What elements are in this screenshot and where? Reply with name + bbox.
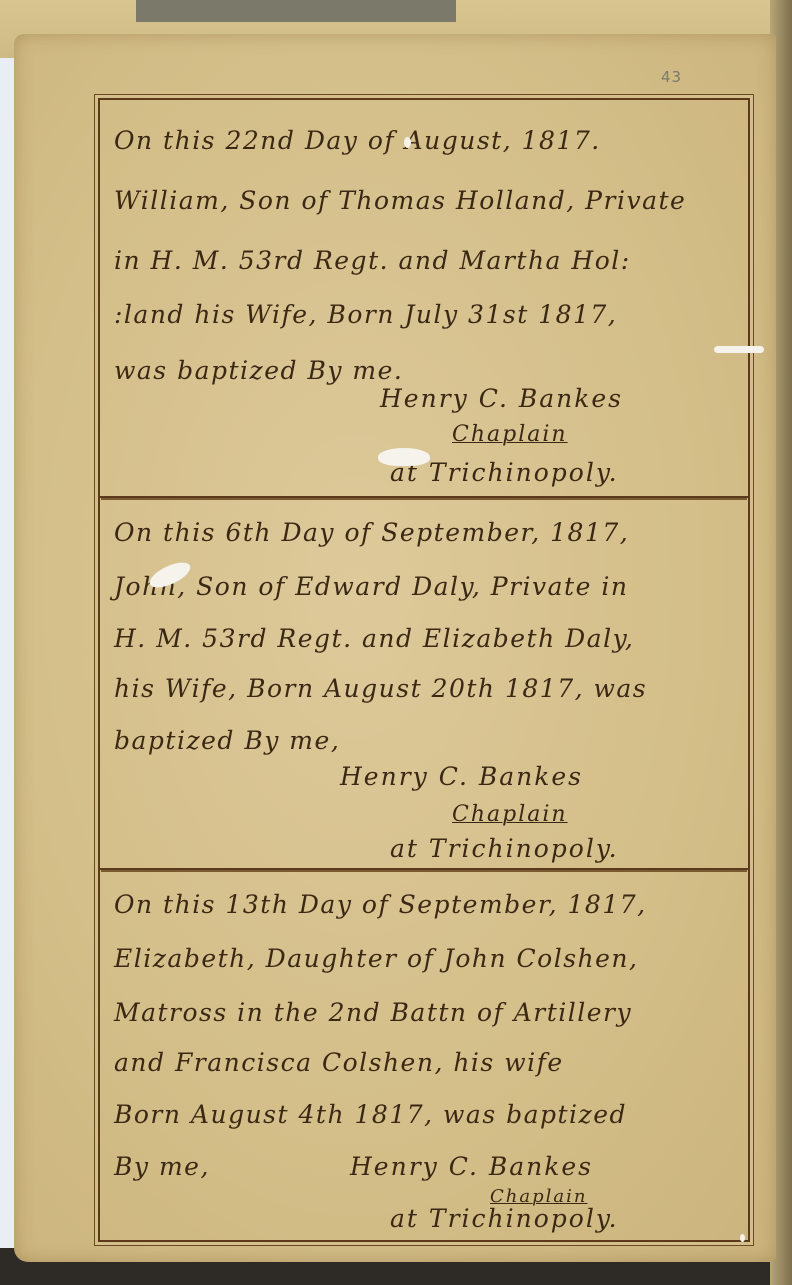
register-frame: On this 22nd Day of August, 1817. Willia… bbox=[98, 98, 750, 1242]
paper-hole bbox=[740, 1234, 745, 1242]
entry-line: John, Son of Edward Daly, Private in bbox=[114, 572, 628, 601]
baptism-entry-2: On this 6th Day of September, 1817, John… bbox=[100, 498, 748, 870]
signature-name: Henry C. Bankes bbox=[340, 762, 583, 791]
entry-line: baptized By me, bbox=[114, 726, 340, 755]
baptism-entry-3: On this 13th Day of September, 1817, Eli… bbox=[100, 870, 748, 1240]
entry-line: H. M. 53rd Regt. and Elizabeth Daly, bbox=[114, 624, 634, 653]
entry-line: On this 13th Day of September, 1817, bbox=[114, 890, 647, 919]
signature-name: Henry C. Bankes bbox=[380, 384, 623, 413]
entry-line: and Francisca Colshen, his wife bbox=[114, 1048, 564, 1077]
page-number: 43 bbox=[661, 68, 682, 86]
register-page: 43 On this 22nd Day of August, 1817. Wil… bbox=[14, 34, 776, 1262]
signature-title: Chaplain bbox=[452, 422, 568, 447]
entry-line: Born August 4th 1817, was baptized bbox=[114, 1100, 627, 1129]
entry-line: :land his Wife, Born July 31st 1817, bbox=[114, 300, 617, 329]
entry-line: On this 22nd Day of August, 1817. bbox=[114, 126, 601, 155]
entry-line: was baptized By me. bbox=[114, 356, 403, 385]
entry-line: his Wife, Born August 20th 1817, was bbox=[114, 674, 647, 703]
entry-line: By me, bbox=[114, 1152, 210, 1181]
backdrop-dark-tab bbox=[136, 0, 456, 22]
entry-line: On this 6th Day of September, 1817, bbox=[114, 518, 629, 547]
paper-hole bbox=[378, 448, 430, 466]
signature-title: Chaplain bbox=[452, 802, 568, 827]
entry-line: Elizabeth, Daughter of John Colshen, bbox=[114, 944, 638, 973]
signature-place: at Trichinopoly. bbox=[390, 1204, 619, 1233]
entry-line: William, Son of Thomas Holland, Private bbox=[114, 186, 686, 215]
entry-line: in H. M. 53rd Regt. and Martha Hol: bbox=[114, 246, 631, 275]
signature-place: at Trichinopoly. bbox=[390, 834, 619, 863]
paper-hole bbox=[714, 346, 764, 353]
signature-name: Henry C. Bankes bbox=[350, 1152, 593, 1181]
entry-line: Matross in the 2nd Battn of Artillery bbox=[114, 998, 632, 1027]
paper-hole bbox=[404, 137, 411, 148]
baptism-entry-1: On this 22nd Day of August, 1817. Willia… bbox=[100, 100, 748, 498]
